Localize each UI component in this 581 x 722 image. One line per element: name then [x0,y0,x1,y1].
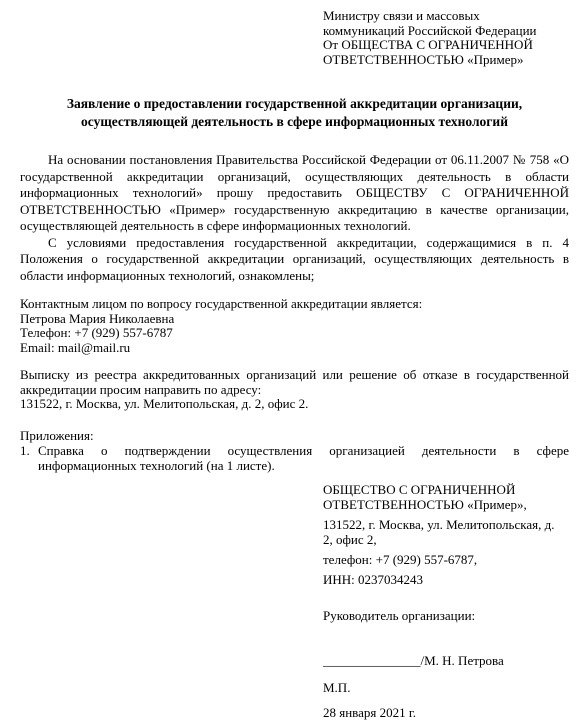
org-address-line: 131522, г. Москва, ул. Мелитопольская, д… [323,517,569,532]
org-address-line: 2, офис 2, [323,532,569,547]
body-paragraph: На основании постановления Правительства… [20,152,569,235]
delivery-paragraph: Выписку из реестра аккредитованных орган… [20,368,569,397]
org-address: 131522, г. Москва, ул. Мелитопольская, д… [323,517,569,547]
signature-line: _______________/М. Н. Петрова [323,653,569,668]
contact-person-name: Петрова Мария Николаевна [20,312,569,327]
attachment-item: 1. Справка о подтверждении осуществления… [20,443,569,473]
attachment-text: Справка о подтверждении осуществления ор… [38,443,569,473]
document-page: Министру связи и массовых коммуникаций Р… [0,0,581,722]
attachment-number: 1. [20,443,38,473]
document-title: Заявление о предоставлении государственн… [20,95,569,131]
contact-email: Email: mail@mail.ru [20,341,569,356]
contact-block: Контактным лицом по вопросу государствен… [20,297,569,355]
document-date: 28 января 2021 г. [323,705,569,720]
recipient-line: ОТВЕТСТВЕННОСТЬЮ «Пример» [323,53,569,68]
body-paragraph: С условиями предоставления государственн… [20,235,569,285]
org-name: ОБЩЕСТВО С ОГРАНИЧЕННОЙ ОТВЕТСТВЕННОСТЬЮ… [323,482,569,512]
attachments-section: Приложения: 1. Справка о подтверждении о… [20,429,569,474]
delivery-address: 131522, г. Москва, ул. Мелитопольская, д… [20,397,569,412]
org-inn: ИНН: 0237034243 [323,572,569,587]
head-of-org-label: Руководитель организации: [323,608,569,623]
contact-phone: Телефон: +7 (929) 557-6787 [20,326,569,341]
stamp-placeholder: М.П. [323,680,569,695]
contact-intro: Контактным лицом по вопросу государствен… [20,297,569,312]
org-name-line: ОБЩЕСТВО С ОГРАНИЧЕННОЙ [323,482,569,497]
org-name-line: ОТВЕТСТВЕННОСТЬЮ «Пример», [323,497,569,512]
org-phone: телефон: +7 (929) 557-6787, [323,552,569,567]
recipient-line: коммуникаций Российской Федерации [323,24,569,39]
recipient-line: Министру связи и массовых [323,9,569,24]
attachments-heading: Приложения: [20,429,569,444]
recipient-line: От ОБЩЕСТВА С ОГРАНИЧЕННОЙ [323,38,569,53]
recipient-block: Министру связи и массовых коммуникаций Р… [323,9,569,67]
signature-block: ОБЩЕСТВО С ОГРАНИЧЕННОЙ ОТВЕТСТВЕННОСТЬЮ… [323,482,569,720]
